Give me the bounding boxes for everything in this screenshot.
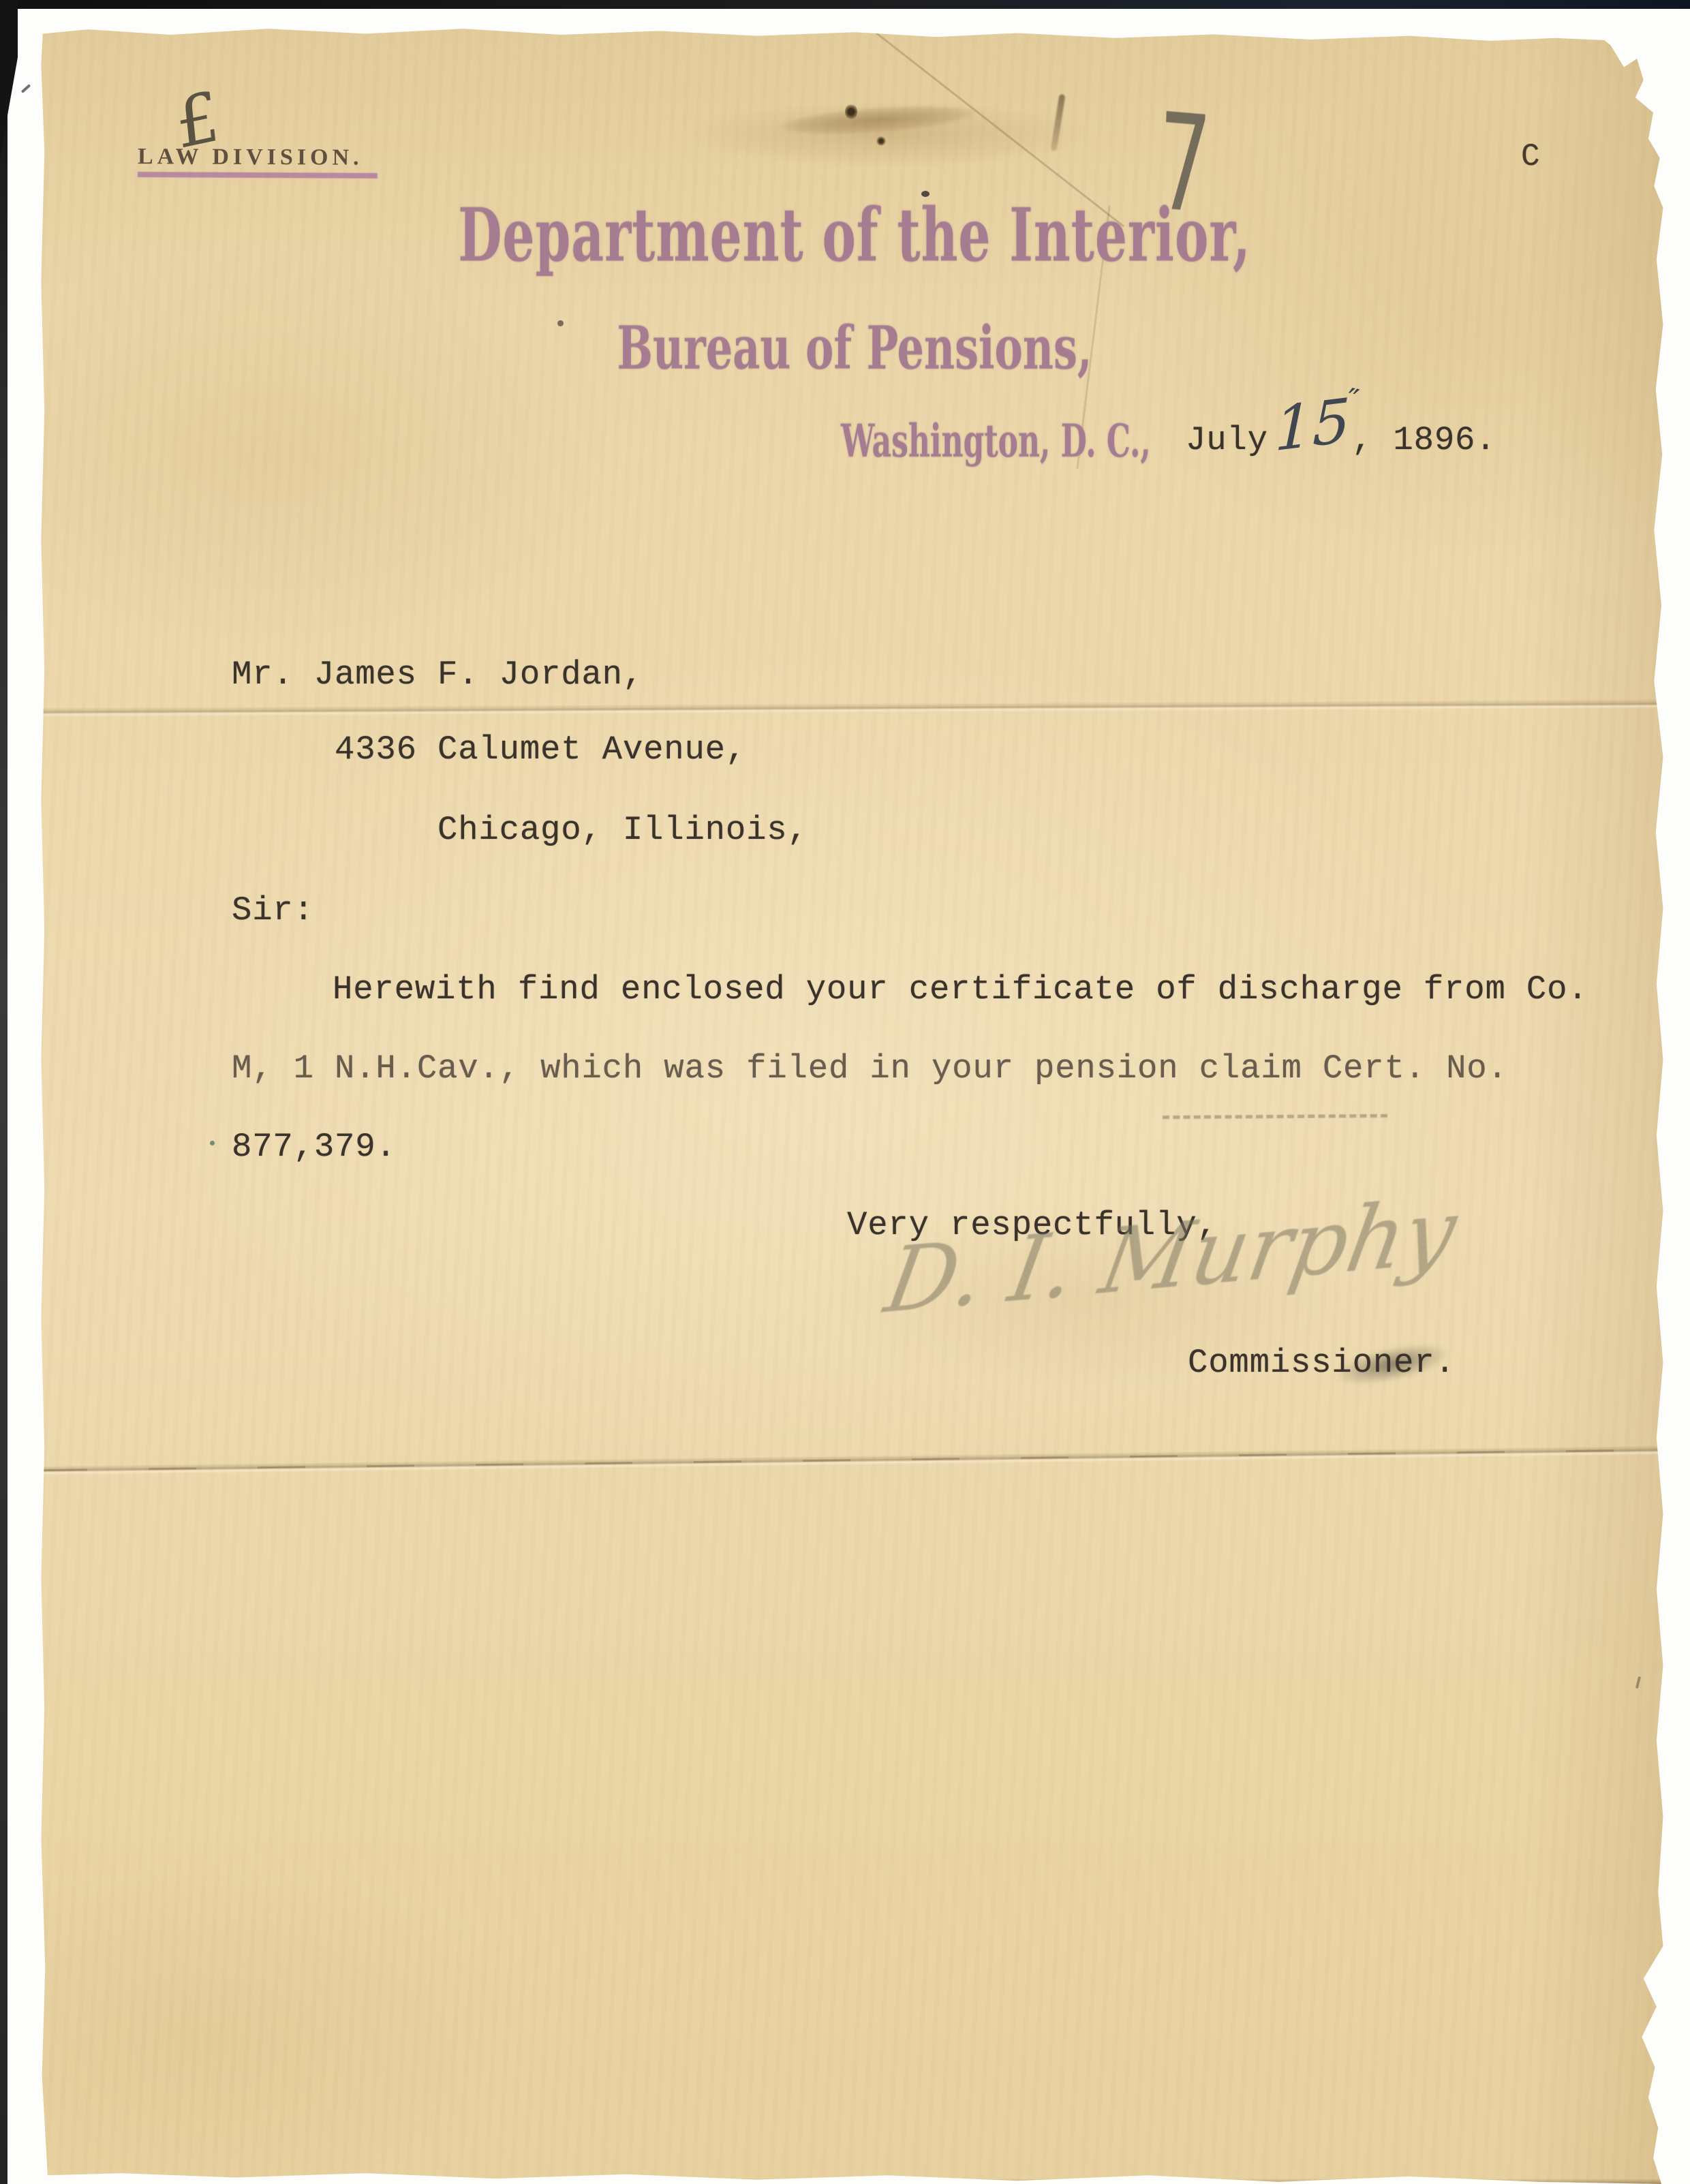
address-line-3: Chicago, Illinois, [437,811,808,849]
green-speck [210,1141,215,1145]
staple-hole [876,136,886,146]
law-division-stamp-text: LAW DIVISION. [138,144,378,171]
pencil-tick [1635,1676,1641,1689]
date-year: , 1896. [1352,421,1496,459]
commissioner-signature: D. I. Murphy [878,1178,1464,1334]
salutation: Sir: [232,891,314,929]
margin-speck [21,84,31,93]
letterhead-place: Washington, D. C., [841,416,1151,468]
scanner-edge-corner [0,0,18,184]
address-line-1: Mr. James F. Jordan, [232,656,643,694]
law-division-stamp: LAW DIVISION. [138,144,378,179]
date-day-handwritten: 15 [1274,385,1351,465]
body-line-3: 877,379. [232,1128,397,1166]
faint-dashed-smudge [1163,1114,1387,1119]
scanner-edge-left [0,0,7,2184]
signer-title: Commissioner. [1188,1344,1456,1382]
staple-hole [845,104,857,120]
address-line-2: 4336 Calumet Avenue, [335,730,746,769]
copy-letter-c: C [1521,139,1540,174]
scanner-edge-top [0,0,1690,9]
letter-paper: £ 7 C LAW DIVISION. Department of the In… [40,22,1670,2184]
letterhead-department: Department of the Interior, [458,194,1251,279]
date-month: July [1186,421,1268,459]
scanned-letter: £ 7 C LAW DIVISION. Department of the In… [0,0,1690,2184]
letterhead-bureau: Bureau of Pensions, [617,313,1092,383]
body-line-1: Herewith find enclosed your certificate … [333,970,1588,1009]
fold-crease-upper [33,699,1682,718]
ink-speck [557,320,564,326]
staple-slit [1050,94,1065,151]
law-division-stamp-underline [138,172,378,179]
body-line-2: M, 1 N.H.Cav., which was filed in your p… [232,1049,1508,1088]
fold-crease-lower-line [40,1449,1689,1471]
